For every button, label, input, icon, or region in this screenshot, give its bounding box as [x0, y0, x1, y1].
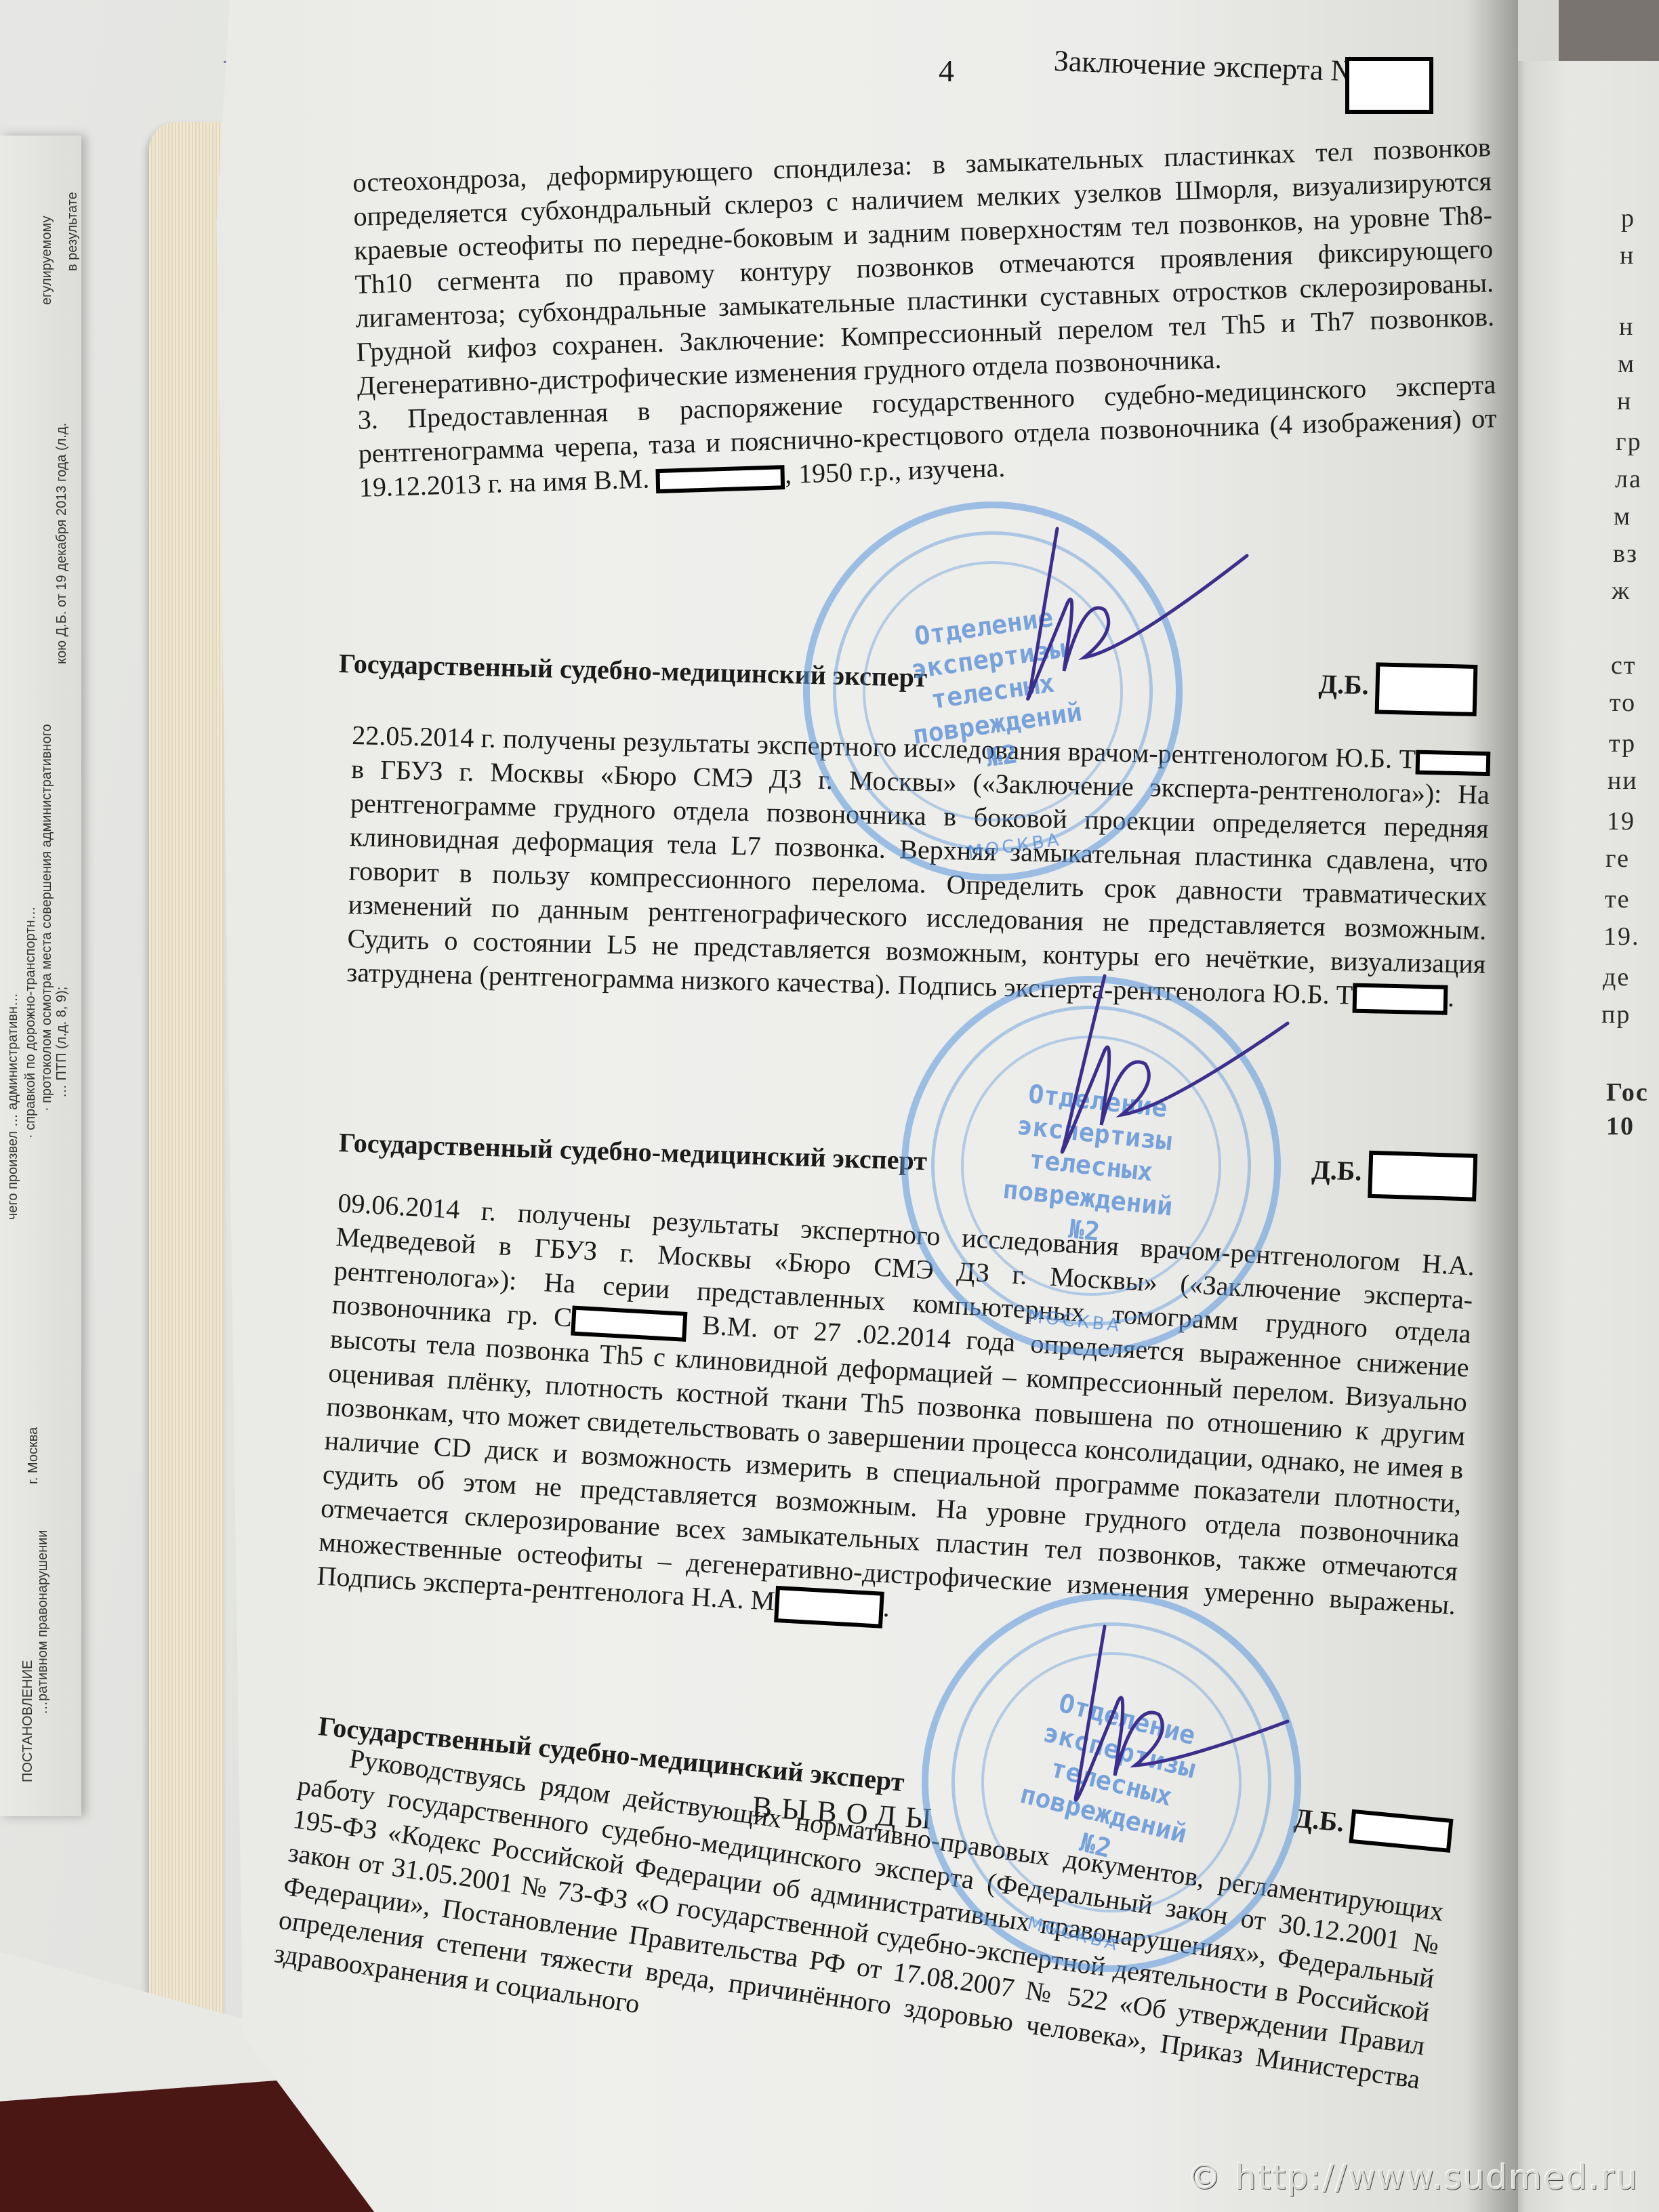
signature-initials: Д.Б. — [1318, 661, 1478, 716]
left-margin-document: в результате егулируемому кою Д.Б. от 19… — [0, 136, 81, 1816]
margin-line: кою Д.Б. от 19 декабря 2013 года (л.д. — [54, 423, 70, 664]
adjacent-page-heading-fragment: Гос — [1606, 1078, 1649, 1107]
margin-line: чего произвел … административн… — [5, 993, 21, 1220]
redaction-box — [1375, 662, 1478, 716]
adjacent-page-fragment: н — [1619, 312, 1634, 342]
adjacent-page-fragment: ни — [1607, 766, 1638, 796]
adjacent-page-fragment: 19 — [1607, 806, 1635, 836]
redaction-box — [1353, 983, 1448, 1015]
adjacent-page-fragment: м — [1618, 349, 1635, 379]
adjacent-page-fragment: гр — [1616, 427, 1642, 457]
adjacent-page-heading-fragment: 10 — [1606, 1111, 1635, 1141]
margin-line: … ПТП (л.д. 8, 9); — [54, 987, 70, 1098]
signature-initials: Д.Б. — [1311, 1149, 1477, 1202]
adjacent-page-fragment: вз — [1613, 539, 1638, 569]
section-1-paragraph: остеохондроза, деформирующего спондилеза… — [352, 130, 1496, 403]
redaction-box — [1416, 750, 1491, 775]
stamp-center-text: Отделениеэкспертизытелесныхповреждений№2 — [901, 1065, 1282, 1265]
margin-line: в результате — [65, 192, 81, 271]
stamp-center-text: Отделениеэкспертизытелесныхповреждений№2 — [800, 586, 1185, 798]
adjacent-page-fragment: р — [1621, 203, 1635, 233]
section-3-text: В.М. от 27 .02.2014 года определяется вы… — [316, 1309, 1470, 1620]
section-3: 09.06.2014 г. получены результаты экспер… — [316, 1186, 1475, 1660]
stamp-center-text: Отделениеэкспертизытелесныхповреждений№2 — [914, 1659, 1309, 1906]
adjacent-page-fragment: пр — [1601, 1000, 1631, 1029]
margin-title: ПОСТАНОВЛЕНИЕ — [20, 1660, 36, 1782]
section-3-paragraph: 09.06.2014 г. получены результаты экспер… — [316, 1186, 1475, 1660]
margin-line: …ративном правонарушении — [35, 1530, 51, 1715]
margin-city: г. Москва — [26, 1427, 41, 1484]
adjacent-page-fragment: то — [1610, 688, 1636, 718]
adjacent-page-fragment: ге — [1605, 844, 1630, 874]
adjacent-page-fragment: ж — [1612, 576, 1631, 606]
margin-line: егулируемому — [39, 216, 55, 305]
book-page-edges — [149, 122, 224, 2128]
adjacent-page-fragment: н — [1620, 241, 1635, 270]
redaction-box — [656, 465, 785, 493]
redaction-box — [571, 1305, 687, 1341]
adjacent-page-fragment: ла — [1615, 464, 1642, 494]
adjacent-page-fragment: де — [1603, 962, 1630, 992]
copyright-watermark: © http://www.sudmed.ru — [1187, 2158, 1639, 2197]
page-number: 4 — [939, 53, 954, 89]
adjacent-page-fragment: те — [1605, 884, 1630, 914]
adjacent-page-fragment: ст — [1611, 651, 1636, 680]
margin-line: · протоколом осмотра места совершения ад… — [39, 724, 55, 1111]
adjacent-page-fragment: м — [1614, 501, 1631, 531]
section-1: остеохондроза, деформирующего спондилеза… — [352, 130, 1498, 505]
adjacent-page-fragment: 19. — [1603, 922, 1640, 951]
adjacent-page-fragment: тр — [1609, 729, 1636, 758]
margin-line: · справкой по дорожно-транспортн… — [23, 906, 39, 1139]
redaction-box — [1345, 57, 1433, 114]
adjacent-page-fragment: н — [1617, 386, 1632, 416]
item-3-text-end: , 1950 г.р., изучена. — [785, 452, 1006, 489]
redaction-box — [774, 1586, 884, 1629]
adjacent-page: рннмнгрламвзжсттотрни19гете19.депрГос10 — [1511, 61, 1659, 2212]
redaction-box — [1368, 1151, 1477, 1202]
